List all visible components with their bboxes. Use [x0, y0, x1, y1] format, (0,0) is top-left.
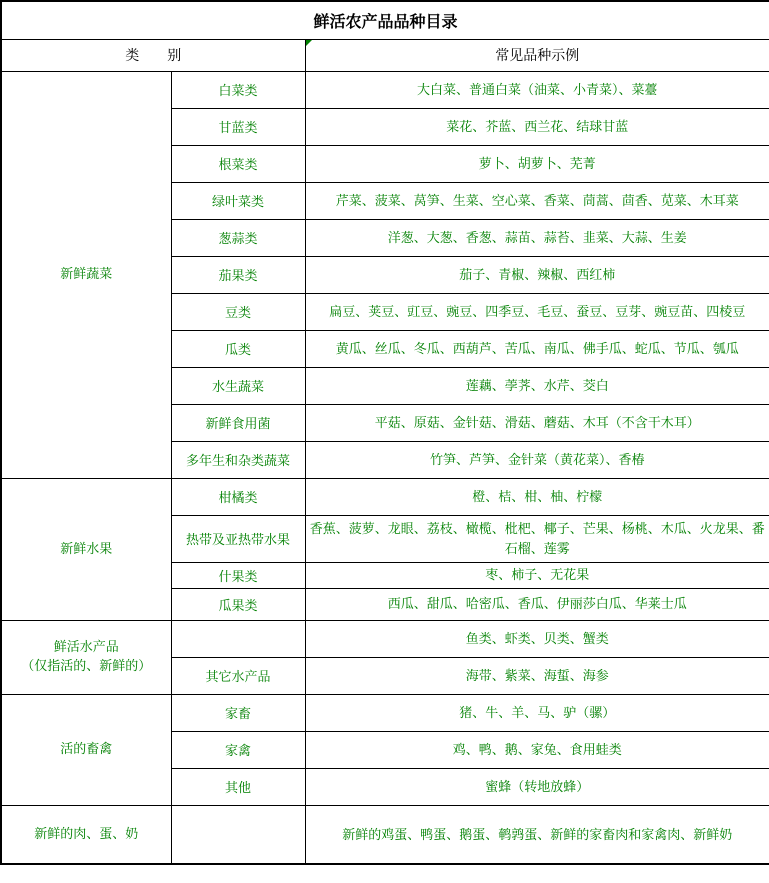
examples-cell: 萝卜、胡萝卜、芜菁: [305, 145, 769, 182]
examples-cell: 香蕉、菠萝、龙眼、荔枝、橄榄、枇杷、椰子、芒果、杨桃、木瓜、火龙果、番石榴、莲雾: [305, 515, 769, 562]
examples-cell: 莲藕、荸荠、水芹、茭白: [305, 367, 769, 404]
examples-cell: 鱼类、虾类、贝类、蟹类: [305, 620, 769, 657]
subcategory-cell: 家禽: [171, 731, 305, 768]
examples-cell: 枣、柿子、无花果: [305, 562, 769, 588]
examples-cell: 大白菜、普通白菜（油菜、小青菜）、菜薹: [305, 71, 769, 108]
examples-cell: 橙、桔、柑、柚、柠檬: [305, 478, 769, 515]
subcategory-cell: 白菜类: [171, 71, 305, 108]
examples-cell: 蜜蜂（转地放蜂）: [305, 768, 769, 805]
header-category: 类 别: [1, 39, 305, 71]
examples-cell: 芹菜、菠菜、莴笋、生菜、空心菜、香菜、茼蒿、茴香、苋菜、木耳菜: [305, 182, 769, 219]
examples-cell: 竹笋、芦笋、金针菜（黄花菜）、香椿: [305, 441, 769, 478]
subcategory-cell: 瓜类: [171, 330, 305, 367]
subcategory-cell-empty: [171, 805, 305, 864]
examples-cell: 黄瓜、丝瓜、冬瓜、西葫芦、苦瓜、南瓜、佛手瓜、蛇瓜、节瓜、瓠瓜: [305, 330, 769, 367]
examples-cell: 平菇、原菇、金针菇、滑菇、蘑菇、木耳（不含干木耳）: [305, 404, 769, 441]
examples-cell: 西瓜、甜瓜、哈密瓜、香瓜、伊丽莎白瓜、华莱士瓜: [305, 588, 769, 620]
subcategory-cell: 葱蒜类: [171, 219, 305, 256]
header-examples-label: 常见品种示例: [495, 47, 579, 63]
subcategory-cell: 家畜: [171, 694, 305, 731]
subcategory-cell: 根菜类: [171, 145, 305, 182]
subcategory-cell: 什果类: [171, 562, 305, 588]
subcategory-cell: 柑橘类: [171, 478, 305, 515]
subcategory-cell: 瓜果类: [171, 588, 305, 620]
examples-cell: 扁豆、荚豆、豇豆、豌豆、四季豆、毛豆、蚕豆、豆芽、豌豆苗、四棱豆: [305, 293, 769, 330]
section-label-fresh-fruits: 新鲜水果: [1, 478, 171, 620]
subcategory-cell: 绿叶菜类: [171, 182, 305, 219]
subcategory-cell: 甘蓝类: [171, 108, 305, 145]
examples-cell: 洋葱、大葱、香葱、蒜苗、蒜苔、韭菜、大蒜、生姜: [305, 219, 769, 256]
section-label-live-aquatic-products: 鲜活水产品 （仅指活的、新鲜的）: [1, 620, 171, 694]
subcategory-cell: 热带及亚热带水果: [171, 515, 305, 562]
catalog-sheet: 鲜活农产品品种目录 类 别 常见品种示例 新鲜蔬菜 白菜类 大白菜、普通白菜（油…: [0, 0, 769, 883]
page-title: 鲜活农产品品种目录: [1, 1, 769, 39]
examples-cell: 茄子、青椒、辣椒、西红柿: [305, 256, 769, 293]
header-examples: 常见品种示例: [305, 39, 769, 71]
section-label-live-livestock-poultry: 活的畜禽: [1, 694, 171, 805]
subcategory-cell: 其他: [171, 768, 305, 805]
examples-cell: 菜花、芥蓝、西兰花、结球甘蓝: [305, 108, 769, 145]
cell-corner-marker-icon: [306, 40, 312, 46]
examples-cell: 海带、紫菜、海蜇、海参: [305, 657, 769, 694]
subcategory-cell: 新鲜食用菌: [171, 404, 305, 441]
examples-cell: 新鲜的鸡蛋、鸭蛋、鹅蛋、鹌鹑蛋、新鲜的家畜肉和家禽肉、新鲜奶: [305, 805, 769, 864]
subcategory-cell: 茄果类: [171, 256, 305, 293]
section-label-fresh-meat-egg-milk: 新鲜的肉、蛋、奶: [1, 805, 171, 864]
examples-cell: 猪、牛、羊、马、驴（骡）: [305, 694, 769, 731]
examples-cell: 鸡、鸭、鹅、家兔、食用蛙类: [305, 731, 769, 768]
product-catalog-table: 鲜活农产品品种目录 类 别 常见品种示例 新鲜蔬菜 白菜类 大白菜、普通白菜（油…: [0, 0, 769, 865]
subcategory-cell: 水生蔬菜: [171, 367, 305, 404]
subcategory-cell: 其它水产品: [171, 657, 305, 694]
subcategory-cell: 多年生和杂类蔬菜: [171, 441, 305, 478]
subcategory-cell-empty: [171, 620, 305, 657]
subcategory-cell: 豆类: [171, 293, 305, 330]
section-label-fresh-vegetables: 新鲜蔬菜: [1, 71, 171, 478]
